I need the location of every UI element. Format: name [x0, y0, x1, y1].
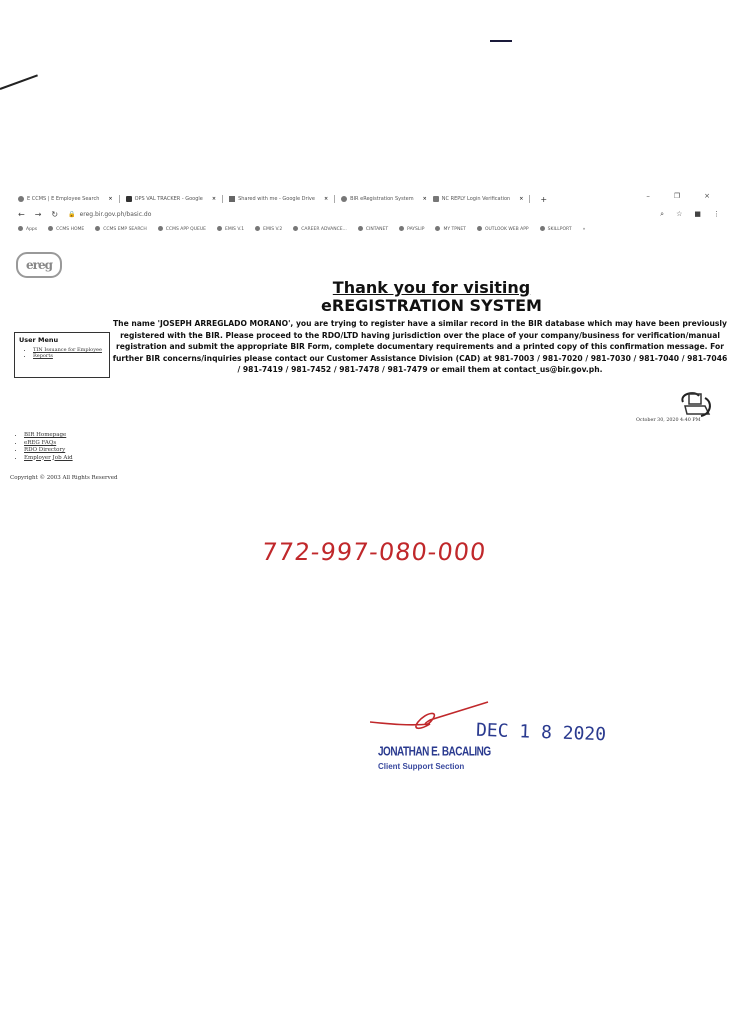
globe-icon — [18, 196, 24, 202]
computer-icon — [677, 388, 713, 418]
restore-button[interactable]: ❐ — [674, 192, 680, 200]
bookmark-item[interactable]: CCMS APP QUEUE — [158, 226, 206, 232]
close-tab-icon[interactable]: × — [423, 196, 427, 202]
bookmark-item[interactable]: CCMS EMP SEARCH — [95, 226, 147, 232]
reload-icon[interactable]: ↻ — [51, 210, 58, 219]
menu-item-reports[interactable]: Reports — [33, 353, 109, 359]
bookmark-item[interactable]: SKILLPORT — [540, 226, 572, 232]
key-icon — [433, 196, 439, 202]
bookmark-favicon-icon — [48, 226, 53, 231]
confirmation-message: The name 'JOSEPH ARREGLADO MORANO', you … — [112, 318, 728, 376]
new-tab-button[interactable]: + — [540, 195, 547, 204]
minimize-button[interactable]: – — [646, 192, 650, 200]
scan-pen-mark — [0, 74, 38, 90]
stamp-section: Client Support Section — [378, 762, 464, 771]
address-bar-row: ← → ↻ 🔒 ereg.bir.gov.ph/basic.do ⌕ ☆ ■ ⋮ — [18, 207, 730, 221]
bookmark-favicon-icon — [18, 226, 23, 231]
stamp-officer-name: JONATHAN E. BACALING — [378, 745, 491, 759]
menu-kebab-icon[interactable]: ⋮ — [713, 210, 720, 219]
bookmark-favicon-icon — [435, 226, 440, 231]
lock-icon: 🔒 — [68, 211, 75, 218]
browser-tab[interactable]: NC REPLY Login Verification× — [433, 196, 524, 202]
bookmark-item[interactable]: MY TPNET — [435, 226, 465, 232]
link-bir-homepage[interactable]: BIR Homepage — [24, 432, 73, 440]
bookmark-item[interactable]: Apps — [18, 226, 37, 232]
bookmark-item[interactable]: CAREER ADVANCE... — [293, 226, 347, 232]
browser-tab[interactable]: OPS VAL TRACKER - Google× — [126, 196, 217, 202]
bookmark-item[interactable]: CINTANET — [358, 226, 388, 232]
browser-tab[interactable]: Shared with me - Google Drive× — [229, 196, 328, 202]
bookmark-item[interactable]: » — [583, 227, 586, 232]
copyright: Copyright © 2003 All Rights Reserved — [10, 475, 118, 481]
drive-icon — [229, 196, 235, 202]
close-tab-icon[interactable]: × — [519, 196, 523, 202]
back-icon[interactable]: ← — [18, 210, 25, 219]
bookmark-favicon-icon — [255, 226, 260, 231]
zoom-icon[interactable]: ⌕ — [660, 210, 664, 219]
page-subtitle: eREGISTRATION SYSTEM — [0, 296, 750, 315]
close-tab-icon[interactable]: × — [324, 196, 328, 202]
bookmark-favicon-icon — [358, 226, 363, 231]
bookmark-favicon-icon — [477, 226, 482, 231]
timestamp: October 30, 2020 4:40 PM — [636, 418, 700, 423]
forward-icon[interactable]: → — [35, 210, 42, 219]
globe-icon — [341, 196, 347, 202]
bookmark-item[interactable]: OUTLOOK WEB APP — [477, 226, 529, 232]
bookmark-favicon-icon — [158, 226, 163, 231]
scan-ink-dash — [490, 40, 512, 42]
browser-tab-bar: E CCMS | E Employee Search× OPS VAL TRAC… — [18, 192, 730, 206]
browser-tab[interactable]: E CCMS | E Employee Search× — [18, 196, 113, 202]
link-rdo-directory[interactable]: RDO Directory — [24, 447, 73, 455]
bookmark-item[interactable]: CCMS HOME — [48, 226, 84, 232]
bookmark-favicon-icon — [293, 226, 298, 231]
bookmark-star-icon[interactable]: ☆ — [676, 210, 682, 219]
handwritten-tin: 772-997-080-000 — [261, 538, 488, 566]
bookmark-item[interactable]: EMIS V.2 — [255, 226, 282, 232]
bookmark-favicon-icon — [399, 226, 404, 231]
sheets-icon — [126, 196, 132, 202]
signature — [370, 700, 490, 740]
browser-tab-active[interactable]: BIR eRegistration System× — [341, 196, 427, 202]
bookmark-item[interactable]: PAYSLIP — [399, 226, 424, 232]
bookmarks-bar: AppsCCMS HOMECCMS EMP SEARCHCCMS APP QUE… — [18, 223, 730, 235]
bookmark-favicon-icon — [540, 226, 545, 231]
url-input[interactable]: ereg.bir.gov.ph/basic.do — [80, 211, 152, 218]
page-title: Thank you for visiting — [0, 278, 750, 297]
close-tab-icon[interactable]: × — [212, 196, 216, 202]
received-stamp-date: DEC 1 8 2020 — [476, 720, 607, 746]
close-window-button[interactable]: × — [704, 192, 710, 200]
close-tab-icon[interactable]: × — [108, 196, 112, 202]
extension-icon[interactable]: ■ — [694, 210, 701, 219]
user-menu: User Menu TIN Issuance for Employee Repo… — [14, 332, 110, 378]
link-ereg-faqs[interactable]: eREG FAQs — [24, 440, 73, 448]
bookmark-item[interactable]: EMIS V.1 — [217, 226, 244, 232]
user-menu-title: User Menu — [19, 336, 109, 344]
bookmark-favicon-icon — [217, 226, 222, 231]
link-employer-job-aid[interactable]: Employer Job Aid — [24, 455, 73, 463]
ereg-logo: ereg — [16, 252, 62, 278]
footer-links: BIR Homepage eREG FAQs RDO Directory Emp… — [10, 432, 73, 462]
bookmark-favicon-icon — [95, 226, 100, 231]
